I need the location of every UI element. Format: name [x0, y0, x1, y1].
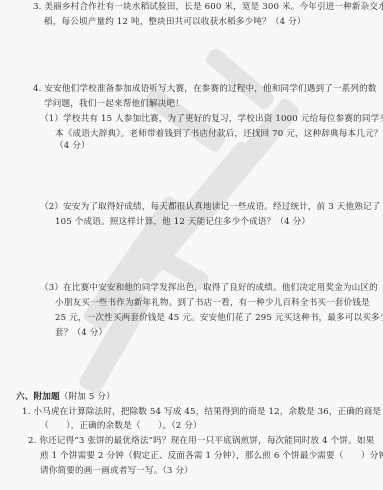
q4-part3-line4: 套？（4 分） [55, 328, 107, 339]
section6-title-note: （附加 5 分） [60, 392, 115, 402]
q4-part1-line1: （1）学校共有 15 人参加比赛，为了更好的复习，学校出资 1000 元给每位参… [40, 114, 383, 125]
q4-part2-line1: （2）安安为了取得好成绩，每天都很认真地读记一些成语。经过统计，前 3 天他熟记… [40, 202, 381, 213]
exam-page: 3. 美丽乡村合作社有一块水稻试验田，长是 600 米，宽是 300 米。今年引… [0, 0, 383, 490]
q4-part1-line3: （4 分） [55, 141, 90, 152]
s6-q2-line1: 2. 你还记得“3 张饼的最优烙法”吗？现在用一只平底锅煎饼，每次能同时放 4 … [28, 436, 374, 447]
s6-q1-line2: （ ），正确的余数是（ ）。（2 分） [40, 421, 202, 432]
q4-part3-line2: 小朋友买一些书作为新年礼物。到了书店一看，有一种少儿百科全书买一套价钱是 [55, 298, 370, 309]
s6-q2-line2: 煎 1 个饼需要 2 分钟（假定正、反面各需 1 分钟），那么煎 6 个饼最少需… [40, 451, 383, 462]
q3-text-line2: 稻，每公顷产量约 12 吨，整块田共可以收获水稻多少吨？（4 分） [44, 17, 306, 28]
q4-intro-line2: 学问题，我们一起来帮他们解决吧！ [44, 99, 184, 110]
section6-title: 六、附加题 [16, 392, 60, 402]
s6-q2-line3: 请你简要的画一画或者写一写。（3 分） [40, 466, 193, 477]
q4-part3-line3: 25 元，一次性买两套价钱是 45 元。安安他们花了 295 元买这种书，最多可… [55, 313, 383, 324]
q4-part1-line2: 本《成语大辞典》。老师带着钱到了书店付款后，还找回 70 元，这种辞典每本几元？ [55, 129, 382, 140]
section6-heading: 六、附加题（附加 5 分） [16, 392, 115, 403]
s6-q1-line1: 1. 小马虎在计算除法时，把除数 54 写成 45，结果得到的商是 12，余数是… [22, 407, 381, 418]
q4-part2-line2: 105 个成语。照这样计算，他 12 天能记住多少个成语？（4 分） [55, 217, 310, 228]
q4-intro-line1: 4. 安安他们学校准备参加成语听写大赛，在参赛的过程中，他和同学们遇到了一系列的… [33, 84, 377, 95]
q3-text-line1: 3. 美丽乡村合作社有一块水稻试验田，长是 600 米，宽是 300 米。今年引… [33, 2, 383, 13]
q4-part3-line1: （3）在比赛中安安和他的同学发挥出色，取得了良好的成绩。他们决定用奖金为山区的 [40, 283, 378, 294]
